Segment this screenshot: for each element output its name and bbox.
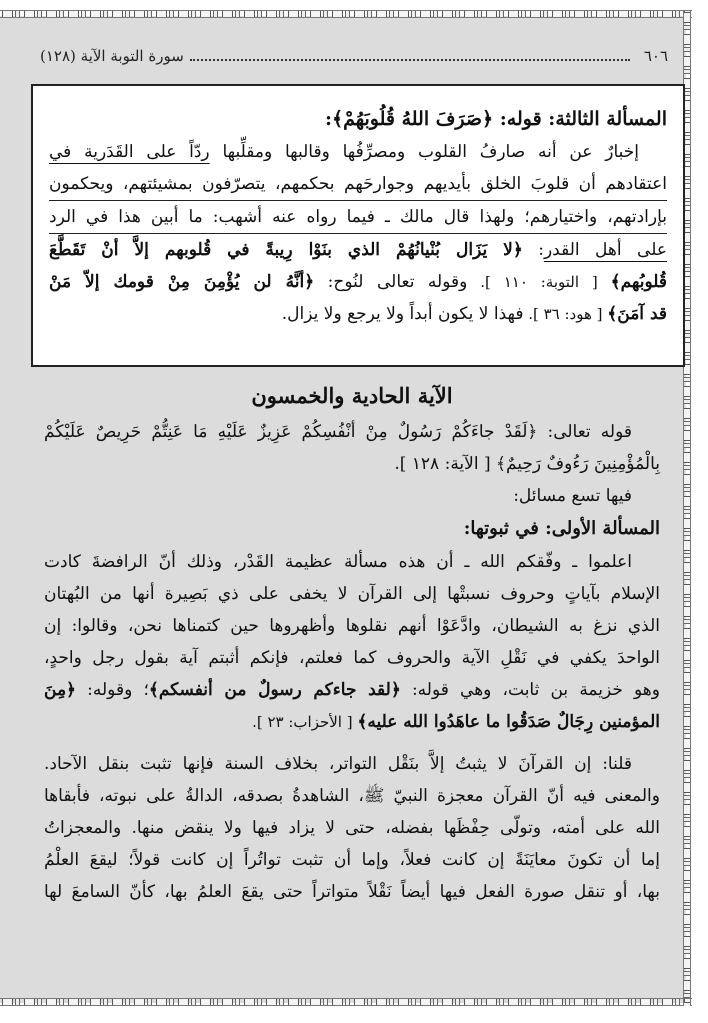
- para2-line-5: بها، أو تنقل صورة الفعل فيها أيضاً نَقْل…: [44, 876, 660, 908]
- box-line-4-text: :: [523, 240, 544, 260]
- para2-line-2: والمعنى فيه أنّ القرآن معجزة النبيّ ﷺ، ا…: [44, 780, 660, 812]
- main-text: الآية الحادية والخمسون قوله تعالى: ﴿لَقَ…: [44, 372, 660, 908]
- para1-line-6: المؤمنين رِجَالٌ صَدَقُوا ما عاهَدُوا ال…: [44, 706, 660, 738]
- box-line-1: إخبارٌ عن أنه صارفُ القلوب ومصرِّفُها وق…: [49, 136, 667, 168]
- quran-quote: قُلوبُهم﴾: [611, 272, 667, 292]
- ornamental-border-bottom: [0, 998, 692, 1006]
- page-number: ٦٠٦: [644, 47, 668, 65]
- box-line-2: اعتقادهم أن قلوبَ الخلق بأيديهم وجوارحَه…: [49, 168, 667, 201]
- quran-quote: قد آمَنَ﴾: [607, 304, 667, 324]
- box-line-3-text: بإرادتهم، واختيارهم؛ ولهذا قال مالك ـ في…: [49, 207, 667, 227]
- boxed-issue-three: المسألة الثالثة: قوله: ﴿صَرَفَ اللهُ قُل…: [31, 84, 685, 367]
- box-line-3: بإرادتهم، واختيارهم؛ ولهذا قال مالك ـ في…: [49, 201, 667, 234]
- quran-quote: ﴿لقد جاءكم رسولٌ من أنفسكم﴾: [149, 680, 401, 700]
- box-line-2-text: اعتقادهم أن قلوبَ الخلق بأيديهم وجوارحَه…: [49, 174, 667, 194]
- issue-one-heading: المسألة الأولى: في ثبوتها:: [44, 512, 660, 546]
- para1-line-2: الإسلام بآياتٍ وحروف نسبتْها إلى القرآن …: [44, 578, 660, 610]
- book-page: ٦٠٦ سورة التوبة الآية (١٢٨) المسألة الثا…: [0, 0, 708, 1023]
- box-line-5-text: وقوله تعالى لنُوح:: [314, 272, 467, 292]
- quran-quote: ﴿لا يَزَال بُنْيانُهُمْ الذي بنَوْا رِيب…: [49, 240, 523, 260]
- issues-intro: فيها تسع مسائل:: [44, 480, 660, 512]
- running-title: سورة التوبة الآية (١٢٨): [40, 47, 184, 65]
- quran-quote: المؤمنين رِجَالٌ صَدَقُوا ما عاهَدُوا ال…: [357, 712, 660, 732]
- running-head: ٦٠٦ سورة التوبة الآية (١٢٨): [40, 44, 668, 68]
- para1-line-4: الواحدَ يكفي في نَقْلِ الآية والحروف كما…: [44, 642, 660, 674]
- verse-reference: [ التوبة: ١١٠ ].: [467, 273, 610, 291]
- quran-quote: ﴿مِنَ: [44, 680, 76, 700]
- box-line-4: على أهل القدر: ﴿لا يَزَال بُنْيانُهُمْ ا…: [49, 234, 667, 266]
- para1-line-1: اعلموا ـ وفّقكم الله ـ أن هذه مسألة عظيم…: [44, 546, 660, 578]
- para2-line-4: إما أن تكونَ معايَنَةً إن كانت فعلاً، وإ…: [44, 844, 660, 876]
- paragraph-gap: [44, 738, 660, 748]
- box-line-6-text: فهذا لا يكون أبداً ولا يرجع ولا يزال.: [282, 304, 524, 324]
- box-line-1-text: إخبارٌ عن أنه صارفُ القلوب ومصرِّفُها وق…: [210, 142, 639, 162]
- quran-quote: ﴿أنَّهُ لن يُؤْمِنَ مِنْ قومك إلاّ مَنْ: [49, 272, 314, 292]
- verse-line-2: بِالْمُؤْمِنِينَ رَءُوفٌ رَحِيمٌ﴾ [ الآي…: [44, 448, 660, 480]
- verse-reference: [ هود: ٣٦ ].: [523, 305, 607, 323]
- para2-line-3: الله على أمته، وتولّى حِفْظَها بفضله، حت…: [44, 812, 660, 844]
- para1-line-3: الذي نزغ به الشيطان، وادَّعَوْا أنهم نقل…: [44, 610, 660, 642]
- issue-three-heading: المسألة الثالثة: قوله: ﴿صَرَفَ اللهُ قُل…: [49, 104, 667, 134]
- box-line-5: قُلوبُهم﴾ [ التوبة: ١١٠ ]. وقوله تعالى ل…: [49, 266, 667, 298]
- para1-line-5-text: وهو خزيمة بن ثابت، وهي قوله:: [401, 680, 660, 700]
- para1-line-5-mid: ؛ وقوله:: [76, 680, 149, 700]
- leader-dots: [190, 51, 630, 61]
- box-line-4-underlined: على أهل القدر: [544, 240, 667, 260]
- para1-line-5: وهو خزيمة بن ثابت، وهي قوله: ﴿لقد جاءكم …: [44, 674, 660, 706]
- box-line-1-underlined: ردّاً على القَدَرية في: [49, 142, 210, 162]
- para2-line-1: قلنا: إن القرآنَ لا يثبتُ إلاَّ بنَقْل ا…: [44, 748, 660, 780]
- verse-line-1: قوله تعالى: ﴿لَقَدْ جاءَكُمْ رَسُولٌ مِن…: [44, 416, 660, 448]
- verse-reference: [ الأحزاب: ٢٣ ].: [252, 713, 357, 731]
- box-line-6: قد آمَنَ﴾ [ هود: ٣٦ ]. فهذا لا يكون أبدا…: [49, 298, 667, 330]
- section-title: الآية الحادية والخمسون: [44, 376, 660, 416]
- ornamental-border-top: [0, 10, 692, 18]
